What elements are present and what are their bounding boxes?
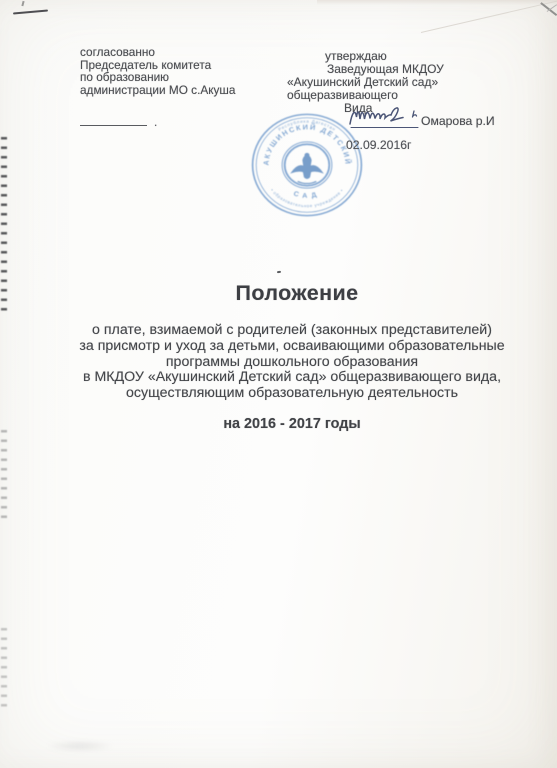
stamp-ring-text-bottom: САД [293, 191, 322, 200]
binding-marks-upper [1, 137, 7, 317]
subtitle-line: о плате, взимаемой с родителей (законных… [32, 323, 552, 339]
subtitle-line: в МКДОУ «Акушинский Детский сад» общераз… [32, 370, 552, 386]
approver-line: «Акушинский Детский сад» общеразвивающег… [287, 76, 513, 102]
binding-marks-lower [1, 628, 7, 712]
signatory-name: Омарова р.И [421, 114, 495, 128]
period-label: на 2016 - 2017 годы [32, 416, 552, 432]
approval-line: по образованию [80, 71, 235, 84]
approval-line: администрации МО с.Акуша [80, 84, 235, 97]
binding-marks-middle [1, 430, 7, 522]
dagestan-eagle-emblem [291, 153, 322, 184]
approval-block-left: согласованно Председатель комитета по об… [80, 46, 235, 129]
subtitle-line: осуществляющим образовательную деятельно… [32, 386, 552, 402]
scan-artifact-topleft-line [13, 9, 48, 14]
scan-artifact-title-dot [277, 271, 281, 274]
document-body: Положение о плате, взимаемой с родителей… [32, 281, 552, 432]
underline-period: . [154, 115, 157, 129]
signature-underline [80, 115, 147, 126]
scan-artifact-corner-crease [421, 0, 557, 33]
scan-artifact-top-edge [317, 0, 557, 5]
scanned-document-page: согласованно Председатель комитета по об… [0, 0, 557, 768]
signature-blank-line: . [80, 115, 235, 129]
approval-line: согласованно [80, 46, 235, 59]
page-title: Положение [42, 281, 552, 305]
approver-line: утверждаю [325, 50, 513, 63]
handwritten-signature [347, 104, 421, 132]
scan-artifact-bottom-smudge [45, 740, 115, 752]
approver-line: Заведующая МКДОУ [327, 63, 513, 76]
subtitle-line: за присмотр и уход за детьми, осваивающи… [32, 339, 552, 355]
signature-date: 02.09.2016г [346, 138, 411, 152]
scan-artifact-topleft-tick [21, 1, 24, 6]
